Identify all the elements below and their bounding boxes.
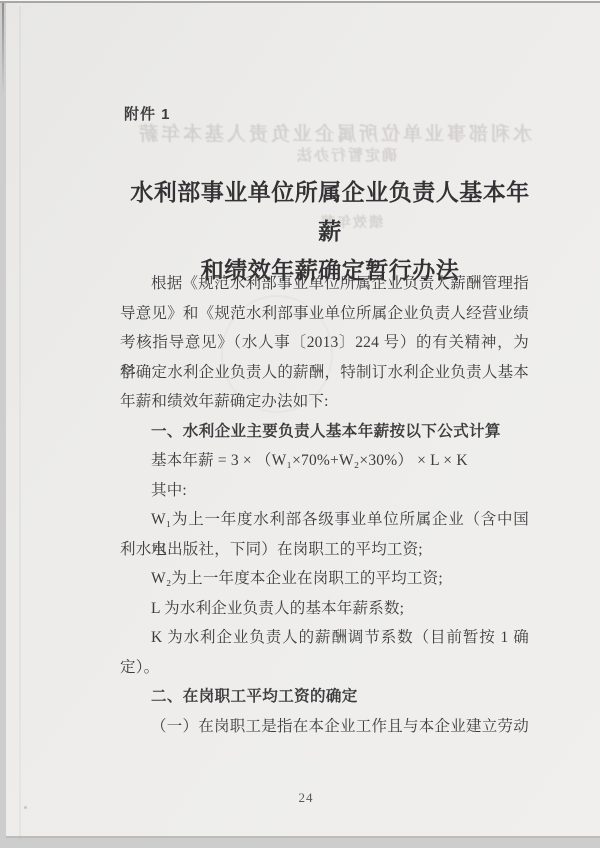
body-line: 根据《规范水利部事业单位所属企业负责人薪酬管理指 <box>120 269 529 299</box>
bleedthrough-text-title: 水利部事业单位所属企业负责人基本年薪 <box>134 119 534 146</box>
body-line: （一）在岗职工是指在本企业工作且与本企业建立劳动 <box>120 712 529 742</box>
document-body: 根据《规范水利部事业单位所属企业负责人薪酬管理指 导意见》和《规范水利部事业单位… <box>120 269 529 741</box>
body-line: W₂为上一年度本企业在岗职工的平均工资; <box>120 564 529 594</box>
scan-noise-speck <box>24 806 27 809</box>
document-scan: 附件 1 水利部事业单位所属企业负责人基本年薪 确定暂行办法 绩效年薪 水利部事… <box>0 0 600 848</box>
scan-left-edge <box>2 3 4 95</box>
body-line: 利水电出版社，下同）在岗职工的平均工资; <box>120 535 529 565</box>
paper-left-fold-line <box>19 6 21 839</box>
body-line: 年薪和绩效年薪确定办法如下: <box>120 387 529 417</box>
section-heading-1: 一、水利企业主要负责人基本年薪按以下公式计算 <box>120 417 529 447</box>
bleedthrough-text-subtitle: 确定暂行办法 <box>294 144 398 165</box>
body-line: L 为水利企业负责人的基本年薪系数; <box>120 594 529 624</box>
body-line: K 为水利企业负责人的薪酬调节系数（目前暂按 1 确 <box>120 623 529 653</box>
body-line: W₁为上一年度水利部各级事业单位所属企业（含中国水 <box>120 505 529 535</box>
scan-top-edge <box>0 1 600 3</box>
paper-bottom-edge <box>6 836 600 838</box>
body-line: 学确定水利企业负责人的薪酬，特制订水利企业负责人基本 <box>120 358 529 388</box>
body-line: 考核指导意见》（水人事〔2013〕224 号）的有关精神，为科 <box>120 328 529 358</box>
body-line: 定）。 <box>120 653 529 683</box>
page-number: 24 <box>6 790 600 806</box>
document-title-line1: 水利部事业单位所属企业负责人基本年薪 <box>120 173 540 251</box>
body-line: 导意见》和《规范水利部事业单位所属企业负责人经营业绩 <box>120 299 529 329</box>
body-line: 其中: <box>120 476 529 506</box>
section-heading-2: 二、在岗职工平均工资的确定 <box>120 682 529 712</box>
formula-line: 基本年薪 = 3 × （W₁×70%+W₂×30%） × L × K <box>120 446 529 476</box>
paper-sheet: 附件 1 水利部事业单位所属企业负责人基本年薪 确定暂行办法 绩效年薪 水利部事… <box>6 3 600 836</box>
